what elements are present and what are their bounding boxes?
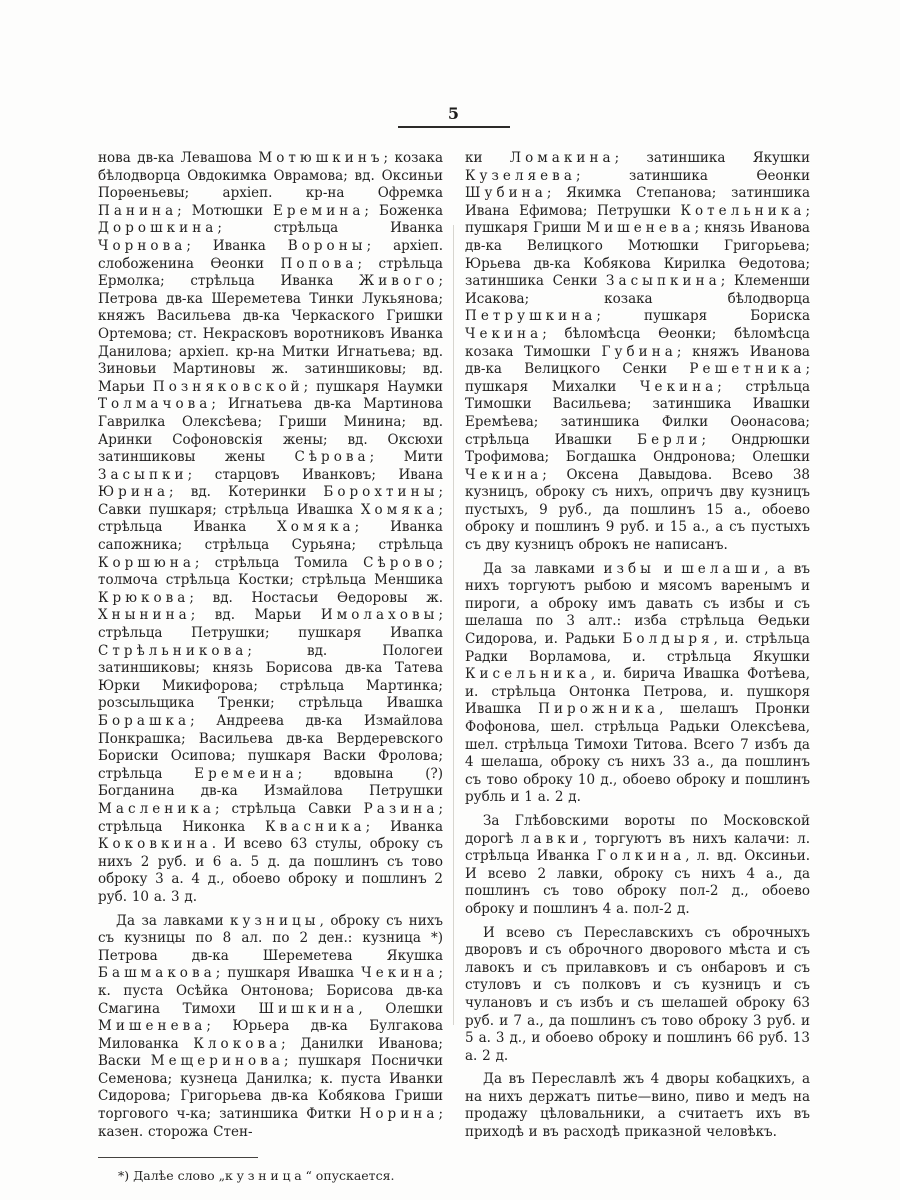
letterspaced-name: Имолаховы — [321, 607, 439, 623]
letterspaced-name: Хомяка — [361, 502, 439, 518]
letterspaced-name: Норина — [360, 1106, 439, 1122]
letterspaced-name: Мишенева — [98, 1018, 206, 1034]
letterspaced-name: Стрѣльникова — [98, 643, 247, 659]
paragraph: ки Ломакина; затиншика Якушки Кузеляева;… — [465, 150, 810, 555]
letterspaced-name: Коковкина — [98, 836, 212, 852]
letterspaced-name: Квасника — [265, 819, 366, 835]
paragraph: За Глѣбовскими вороты по Московской доро… — [465, 813, 810, 919]
letterspaced-name: Сѣрова — [294, 449, 369, 465]
right-column-text: ки Ломакина; затиншика Якушки Кузеляева;… — [465, 150, 810, 1142]
letterspaced-name: Масленика — [98, 801, 215, 817]
letterspaced-name: Чорнова — [98, 238, 186, 254]
column-divider — [453, 225, 454, 1025]
letterspaced-name: Чекина — [361, 965, 438, 981]
letterspaced-name: шелаши — [681, 561, 764, 577]
letterspaced-name: Коршюна — [98, 555, 195, 571]
letterspaced-name: Чекина — [465, 326, 542, 342]
letterspaced-name: Клокова — [193, 1036, 281, 1052]
letterspaced-name: Ломакина — [510, 150, 615, 166]
letterspaced-name: Попова — [281, 256, 358, 272]
page-number-rule — [398, 126, 510, 128]
paragraph: И всево съ Переславскихъ съ оброчныхъ дв… — [465, 925, 810, 1066]
letterspaced-name: Засыпкина — [606, 273, 721, 289]
letterspaced-name: Сѣрово — [363, 555, 438, 571]
book-page-scan: 5 нова дв-ка Левашова Мотюшкинъ; козака … — [0, 0, 900, 1200]
letterspaced-name: Мещеринова — [151, 1053, 284, 1069]
letterspaced-name: Дорошкина — [98, 220, 217, 236]
letterspaced-name: Вороны — [288, 238, 367, 254]
letterspaced-name: Кисельника — [465, 666, 591, 682]
paragraph: Да въ Переславлѣ жъ 4 дворы кобацкихъ, а… — [465, 1071, 810, 1141]
letterspaced-name: Кузеляева — [465, 168, 576, 184]
letterspaced-name: лавки — [521, 831, 583, 847]
letterspaced-name: избы — [604, 561, 655, 577]
letterspaced-name: кузницы — [230, 913, 320, 929]
letterspaced-name: Еремина — [273, 203, 364, 219]
footnote: *) Далѣе слово „кузница“ опускается. — [98, 1168, 443, 1184]
letterspaced-name: Мишенева — [586, 220, 694, 236]
letterspaced-name: Губина — [602, 344, 677, 360]
letterspaced-name: Болдыря — [622, 631, 713, 647]
letterspaced-name: Хомяка — [277, 519, 355, 535]
letterspaced-name: Мотюшкинъ — [258, 150, 383, 166]
letterspaced-name: Юрина — [98, 484, 169, 500]
letterspaced-name: Башмакова — [98, 965, 216, 981]
letterspaced-name: Решетника — [689, 361, 805, 377]
letterspaced-name: Котельника — [680, 203, 805, 219]
letterspaced-name: Голкина — [597, 848, 685, 864]
letterspaced-name: кузница — [225, 1168, 305, 1183]
page-header: 5 — [98, 104, 810, 128]
letterspaced-name: Шубина — [465, 185, 547, 201]
right-column: ки Ломакина; затиншика Якушки Кузеляева;… — [465, 150, 810, 1142]
letterspaced-name: Чекина — [640, 379, 717, 395]
letterspaced-name: Еремеина — [194, 766, 297, 782]
letterspaced-name: Чекина — [465, 467, 542, 483]
letterspaced-name: Толмачова — [98, 396, 211, 412]
letterspaced-name: Берли — [637, 432, 701, 448]
letterspaced-name: Позняковской — [153, 379, 304, 395]
letterspaced-name: Хнынина — [98, 607, 191, 623]
paragraph: Да за лавками кузницы, оброку съ нихъ съ… — [98, 913, 443, 1142]
footnote-rule — [98, 1157, 258, 1158]
letterspaced-name: Крюкова — [98, 590, 189, 606]
letterspaced-name: Живого — [359, 273, 438, 289]
paragraph: нова дв-ка Левашова Мотюшкинъ; козака бѣ… — [98, 150, 443, 907]
letterspaced-name: Борохтины — [323, 484, 438, 500]
letterspaced-name: Борашка — [98, 713, 190, 729]
page-number: 5 — [98, 104, 810, 123]
letterspaced-name: Петрушкина — [465, 308, 596, 324]
letterspaced-name: Засыпки — [98, 467, 188, 483]
letterspaced-name: Панина — [98, 203, 177, 219]
left-column: нова дв-ка Левашова Мотюшкинъ; козака бѣ… — [98, 150, 443, 1184]
letterspaced-name: Шишкина — [259, 1001, 359, 1017]
letterspaced-name: Пирожника — [538, 701, 659, 717]
paragraph: Да за лавками избы и шелаши, а въ нихъ т… — [465, 561, 810, 807]
left-column-text: нова дв-ка Левашова Мотюшкинъ; козака бѣ… — [98, 150, 443, 1141]
letterspaced-name: Разина — [364, 801, 439, 817]
